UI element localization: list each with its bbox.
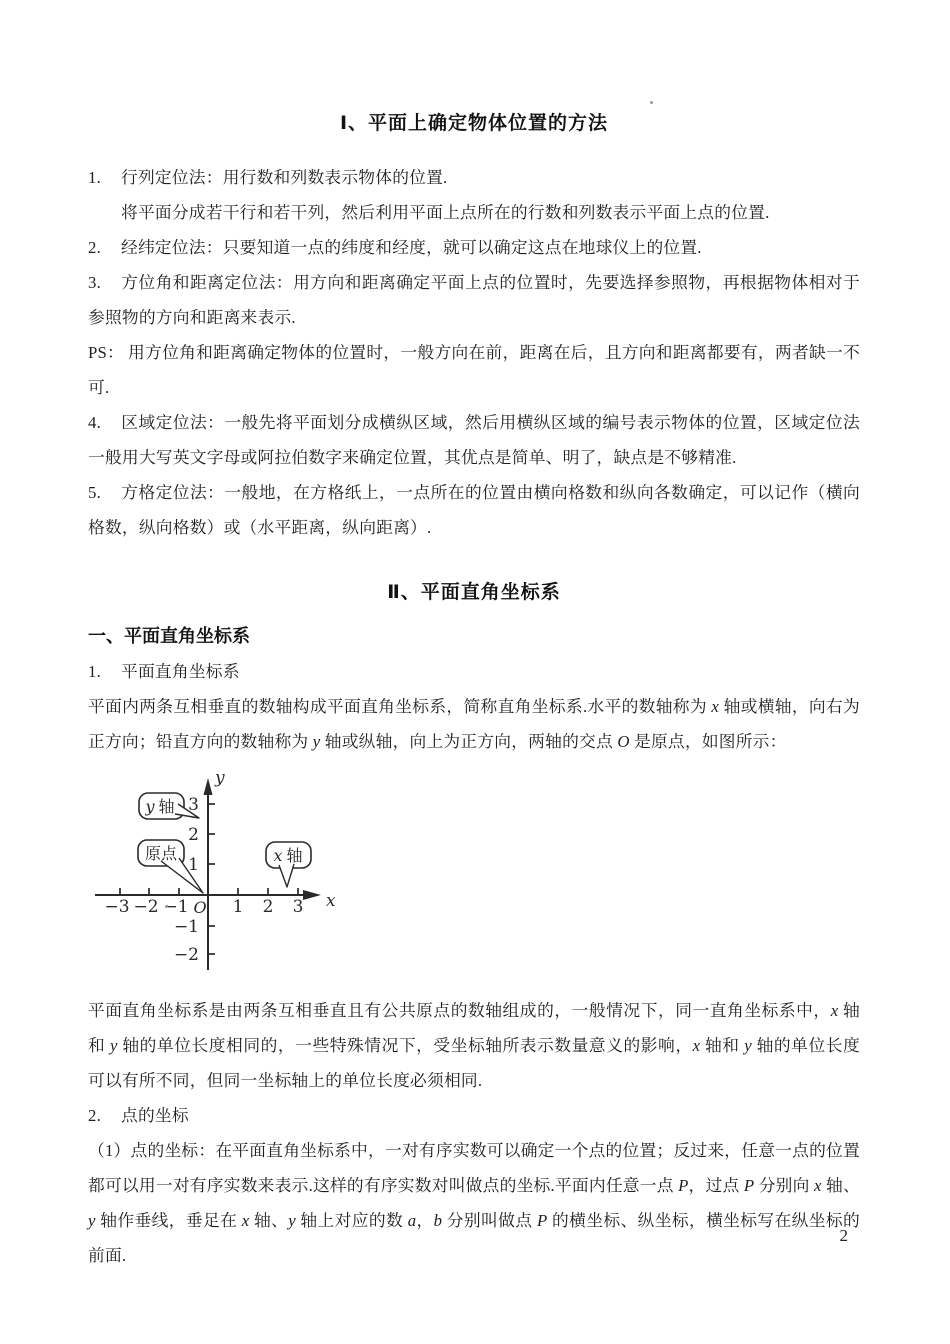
item-text: 区域定位法：一般先将平面划分成横纵区域，然后用横纵区域的编号表示物体的位置，区域… — [88, 413, 860, 467]
coordinate-plane-figure: −3 −2 −1 1 2 3 3 2 1 −1 −2 O y x y轴 — [95, 767, 345, 985]
document-page: Ⅰ、平面上确定物体位置的方法 1.行列定位法：用行数和列数表示物体的位置. 将平… — [0, 0, 950, 1344]
var-y: y — [744, 1036, 752, 1055]
paragraph-unit-length: 平面直角坐标系是由两条互相垂直且有公共原点的数轴组成的，一般情况下，同一直角坐标… — [88, 993, 860, 1098]
sub-item-2: 2.点的坐标 — [88, 1098, 860, 1133]
y-axis-label: y — [214, 768, 225, 788]
text-run: 平面内两条互相垂直的数轴构成平面直角坐标系，简称直角坐标系.水平的数轴称为 — [88, 697, 711, 716]
x-tick-label: 2 — [263, 897, 274, 917]
callout-tail-x-axis — [279, 864, 294, 887]
var-O: O — [617, 732, 629, 751]
list-item-2: 2.经纬定位法：只要知道一点的纬度和经度，就可以确定这点在地球仪上的位置. — [88, 230, 860, 265]
y-axis-arrowhead — [204, 778, 213, 795]
var-P: P — [744, 1176, 754, 1195]
sub-item-1: 1.平面直角坐标系 — [88, 654, 860, 689]
x-tick-label: −2 — [133, 897, 158, 917]
section2-subheading: 一、平面直角坐标系 — [88, 619, 860, 654]
x-axis-arrowhead — [303, 890, 321, 900]
y-tick-label: −2 — [174, 945, 199, 965]
item-text: 平面直角坐标系 — [121, 662, 240, 681]
paragraph-coordinate-system: 平面内两条互相垂直的数轴构成平面直角坐标系，简称直角坐标系.水平的数轴称为 x … — [88, 689, 860, 759]
item-number: 2. — [88, 1098, 121, 1133]
var-b: b — [434, 1211, 443, 1230]
y-tick-label: 1 — [188, 855, 199, 875]
var-x: x — [814, 1176, 822, 1195]
text-run: ，过点 — [689, 1176, 744, 1195]
stray-mark — [650, 101, 653, 104]
list-item-4: 4.区域定位法：一般先将平面划分成横纵区域，然后用横纵区域的编号表示物体的位置，… — [88, 405, 860, 475]
list-item-3: 3.方位角和距离定位法：用方向和距离确定平面上点的位置时，先要选择参照物，再根据… — [88, 265, 860, 335]
var-x: x — [711, 697, 719, 716]
var-P: P — [537, 1211, 547, 1230]
callout-word: 轴 — [159, 797, 175, 816]
callout-text-x-axis: x轴 — [273, 846, 302, 865]
text-run: 轴、 — [249, 1211, 288, 1230]
ps-label: PS： — [88, 335, 124, 370]
callout-text-y-axis: y轴 — [144, 797, 174, 816]
item-text: 经纬定位法：只要知道一点的纬度和经度，就可以确定这点在地球仪上的位置. — [121, 238, 702, 257]
list-item-1: 1.行列定位法：用行数和列数表示物体的位置. — [88, 160, 860, 195]
item-number: 1. — [88, 654, 121, 689]
item-text: 行列定位法：用行数和列数表示物体的位置. — [121, 168, 447, 187]
text-run: 轴、 — [822, 1176, 860, 1195]
list-item-5: 5.方格定位法：一般地，在方格纸上，一点所在的位置由横向格数和纵向各数确定，可以… — [88, 475, 860, 545]
var-y: y — [110, 1036, 118, 1055]
var-y: y — [144, 797, 155, 816]
section1-title: Ⅰ、平面上确定物体位置的方法 — [88, 110, 860, 138]
callout-text-origin: 原点 — [145, 844, 178, 863]
ps-note: PS：用方位角和距离确定物体的位置时，一般方向在前，距离在后，且方向和距离都要有… — [88, 335, 860, 405]
text-run: 轴作垂线，垂足在 — [96, 1211, 242, 1230]
item-number: 1. — [88, 160, 121, 195]
paragraph-point-coordinates: （1）点的坐标：在平面直角坐标系中，一对有序实数可以确定一个点的位置；反过来，任… — [88, 1133, 860, 1273]
item-text: 方位角和距离定位法：用方向和距离确定平面上点的位置时，先要选择参照物，再根据物体… — [88, 273, 860, 327]
text-run: 分别向 — [754, 1176, 814, 1195]
y-tick-label: 2 — [188, 825, 199, 845]
origin-label: O — [193, 898, 206, 917]
text-run: 分别叫做点 — [442, 1211, 537, 1230]
stray-mark — [151, 1219, 154, 1222]
item-number: 3. — [88, 265, 121, 300]
x-tick-label: 1 — [233, 897, 244, 917]
callout-word: 轴 — [287, 846, 303, 865]
text-run: 是原点，如图所示： — [630, 732, 787, 751]
item-number: 5. — [88, 475, 121, 510]
item-text: 用方位角和距离确定物体的位置时，一般方向在前，距离在后，且方向和距离都要有，两者… — [88, 343, 860, 397]
x-tick-label: −3 — [104, 897, 129, 917]
section1-body: 1.行列定位法：用行数和列数表示物体的位置. 将平面分成若干行和若干列，然后利用… — [88, 160, 860, 545]
text-run: 轴的单位长度相同的，一些特殊情况下，受坐标轴所表示数量意义的影响， — [118, 1036, 693, 1055]
var-y: y — [288, 1211, 296, 1230]
text-run: 轴和 — [700, 1036, 744, 1055]
item-text: 点的坐标 — [121, 1106, 189, 1125]
var-x: x — [273, 846, 282, 865]
x-axis-label: x — [326, 891, 336, 911]
item-number: 4. — [88, 405, 121, 440]
x-tick-label: 3 — [293, 897, 304, 917]
item-text: 将平面分成若干行和若干列，然后利用平面上点所在的行数和列数表示平面上点的位置. — [121, 203, 770, 222]
page-number: 2 — [840, 1224, 849, 1248]
var-P: P — [678, 1176, 688, 1195]
var-y: y — [88, 1211, 96, 1230]
section2-title: Ⅱ、平面直角坐标系 — [88, 579, 860, 607]
y-tick-label: −1 — [174, 917, 199, 937]
text-run: 轴或纵轴，向上为正方向，两轴的交点 — [320, 732, 617, 751]
text-run: ， — [416, 1211, 433, 1230]
text-run: 平面直角坐标系是由两条互相垂直且有公共原点的数轴组成的，一般情况下，同一直角坐标… — [88, 1001, 831, 1020]
item-text: 方格定位法：一般地，在方格纸上，一点所在的位置由横向格数和纵向各数确定，可以记作… — [88, 483, 860, 537]
text-run: 轴上对应的数 — [296, 1211, 408, 1230]
list-item-1-continuation: 将平面分成若干行和若干列，然后利用平面上点所在的行数和列数表示平面上点的位置. — [88, 195, 860, 230]
item-number: 2. — [88, 230, 121, 265]
stray-mark — [166, 905, 168, 907]
